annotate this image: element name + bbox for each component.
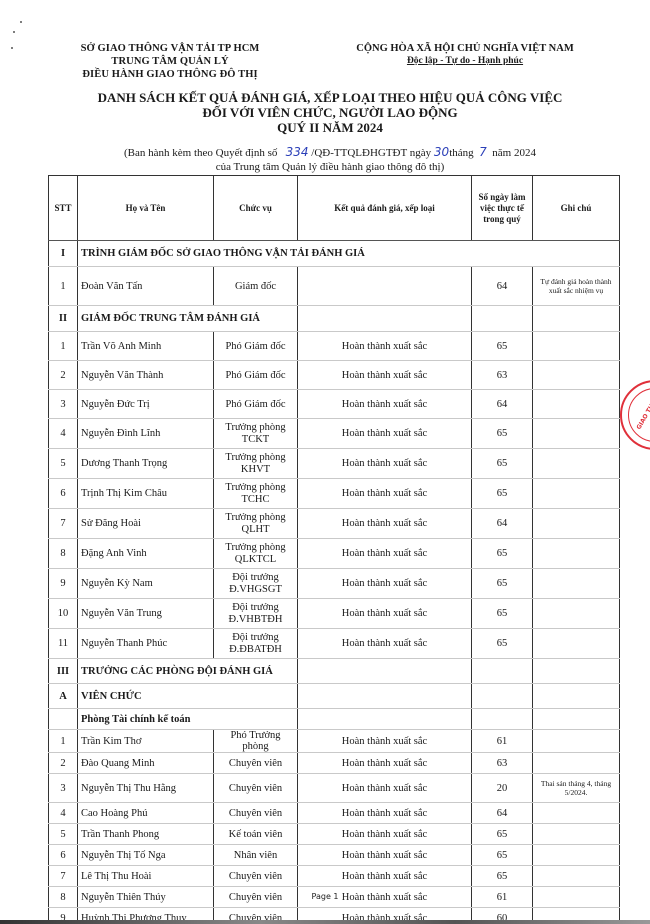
header-name: Họ và Tên [78,176,214,241]
row-name: Nguyễn Thị Tố Nga [78,845,214,866]
row-note [533,866,620,887]
row-stt: 6 [49,845,78,866]
row-name: Trần Thanh Phong [78,824,214,845]
row-result: Hoàn thành xuất sắc [298,332,472,361]
position-unit: TCHC [217,494,294,506]
header-days: Số ngày làm việc thực tế trong quý [472,176,533,241]
empty-cell [533,684,620,709]
row-note [533,361,620,390]
row-days: 64 [472,509,533,539]
row-position: Đội trưởngĐ.ĐBATĐH [214,629,298,659]
official-seal: GIAO THÔNG V [620,380,650,450]
row-stt: 1 [49,730,78,753]
row-stt: 8 [49,539,78,569]
position-unit: QLHT [217,524,294,536]
table-row: 10Nguyễn Văn TrungĐội trưởngĐ.VHBTĐHHoàn… [49,599,620,629]
row-stt: 7 [49,509,78,539]
table-row: 7Lê Thị Thu HoàiChuyên viênHoàn thành xu… [49,866,620,887]
row-name: Nguyễn Văn Trung [78,599,214,629]
row-days: 61 [472,730,533,753]
row-days: 65 [472,479,533,509]
row-result: Hoàn thành xuất sắc [298,419,472,449]
row-note [533,824,620,845]
row-note [533,730,620,753]
row-name: Dương Thanh Trọng [78,449,214,479]
empty-cell [298,659,472,684]
row-result [298,267,472,306]
position-title: Trưởng phòng [217,452,294,464]
header-stt: STT [49,176,78,241]
row-result: Hoàn thành xuất sắc [298,753,472,774]
table-header-row: STT Họ và Tên Chức vụ Kết quả đánh giá, … [49,176,620,241]
position-title: Đội trưởng [217,572,294,584]
subtitle-line-2: của Trung tâm Quản lý điều hành giao thô… [60,160,600,174]
row-days: 65 [472,419,533,449]
page-number: Page 1 [0,892,650,901]
row-stt: 2 [49,753,78,774]
year-label: năm 2024 [492,147,536,159]
row-name: Nguyễn Kỳ Nam [78,569,214,599]
row-days: 63 [472,361,533,390]
row-days: 64 [472,390,533,419]
section-title: TRƯỞNG CÁC PHÒNG ĐỘI ĐÁNH GIÁ [78,659,298,684]
row-note [533,539,620,569]
position-unit: KHVT [217,464,294,476]
row-name: Trần Kim Thơ [78,730,214,753]
row-note [533,449,620,479]
table-row: 5Trần Thanh PhongKế toán viênHoàn thành … [49,824,620,845]
table-row: 1Trần Kim ThơPhó Trưởng phòngHoàn thành … [49,730,620,753]
table-row: 4Cao Hoàng PhúChuyên viênHoàn thành xuất… [49,803,620,824]
evaluation-table: STT Họ và Tên Chức vụ Kết quả đánh giá, … [48,175,620,924]
row-name: Đào Quang Minh [78,753,214,774]
row-note [533,479,620,509]
row-result: Hoàn thành xuất sắc [298,803,472,824]
section-id: II [49,306,78,332]
row-stt: 1 [49,267,78,306]
empty-cell [533,709,620,730]
empty-cell [298,684,472,709]
row-name: Cao Hoàng Phú [78,803,214,824]
row-position: Chuyên viên [214,803,298,824]
row-position: Chuyên viên [214,774,298,803]
section-id: I [49,241,78,267]
row-result: Hoàn thành xuất sắc [298,730,472,753]
row-stt: 1 [49,332,78,361]
table-row: 1Trần Võ Anh MinhPhó Giám đốcHoàn thành … [49,332,620,361]
position-title: Trưởng phòng [217,422,294,434]
agency-line-2: TRUNG TÂM QUẢN LÝ [60,55,280,68]
empty-cell [533,659,620,684]
row-note [533,419,620,449]
row-days: 65 [472,629,533,659]
row-note [533,390,620,419]
row-days: 65 [472,824,533,845]
position-title: Đội trưởng [217,602,294,614]
row-days: 65 [472,599,533,629]
section-id: III [49,659,78,684]
row-position: Trưởng phòngQLKTCL [214,539,298,569]
header-result: Kết quả đánh giá, xếp loại [298,176,472,241]
section-title: TRÌNH GIÁM ĐỐC SỞ GIAO THÔNG VẬN TẢI ĐÁN… [78,241,620,267]
header-position: Chức vụ [214,176,298,241]
row-stt: 3 [49,390,78,419]
row-note [533,599,620,629]
row-note [533,629,620,659]
row-stt: 9 [49,569,78,599]
row-name: Đoàn Văn Tấn [78,267,214,306]
section-id: A [49,684,78,709]
table-row: 6Nguyễn Thị Tố NgaNhân viênHoàn thành xu… [49,845,620,866]
document-title: DANH SÁCH KẾT QUẢ ĐÁNH GIÁ, XẾP LOẠI THE… [60,90,600,135]
position-title: Trưởng phòng [217,542,294,554]
table-row: 7Sử Đăng HoàiTrưởng phòngQLHTHoàn thành … [49,509,620,539]
row-note [533,845,620,866]
row-result: Hoàn thành xuất sắc [298,509,472,539]
row-result: Hoàn thành xuất sắc [298,774,472,803]
row-note [533,509,620,539]
title-line-3: QUÝ II NĂM 2024 [60,120,600,135]
row-note [533,753,620,774]
header-note: Ghi chú [533,176,620,241]
row-note [533,803,620,824]
section-title: VIÊN CHỨC [78,684,298,709]
row-position: Phó Giám đốc [214,332,298,361]
decision-month: 7 [479,145,487,159]
scan-speck [20,21,22,23]
row-days: 20 [472,774,533,803]
row-result: Hoàn thành xuất sắc [298,599,472,629]
row-stt: 4 [49,419,78,449]
row-result: Hoàn thành xuất sắc [298,479,472,509]
row-stt: 2 [49,361,78,390]
row-name: Nguyễn Đức Trị [78,390,214,419]
empty-cell [298,709,472,730]
section-row: IIGIÁM ĐỐC TRUNG TÂM ĐÁNH GIÁ [49,306,620,332]
row-position: Đội trưởngĐ.VHBTĐH [214,599,298,629]
table-row: 4Nguyễn Đình LĩnhTrưởng phòngTCKTHoàn th… [49,419,620,449]
empty-cell [472,684,533,709]
national-header: CỘNG HÒA XÃ HỘI CHỦ NGHĨA VIỆT NAM Độc l… [340,42,590,68]
row-result: Hoàn thành xuất sắc [298,361,472,390]
row-note [533,332,620,361]
row-position: Nhân viên [214,845,298,866]
position-unit: Đ.VHGSGT [217,584,294,596]
row-position: Chuyên viên [214,866,298,887]
row-note: Tự đánh giá hoàn thành xuất sắc nhiệm vụ [533,267,620,306]
table-row: 3Nguyễn Thị Thu HằngChuyên viênHoàn thàn… [49,774,620,803]
row-name: Đặng Anh Vinh [78,539,214,569]
row-position: Kế toán viên [214,824,298,845]
row-result: Hoàn thành xuất sắc [298,569,472,599]
row-stt: 6 [49,479,78,509]
scan-speck [11,47,13,49]
subtitle-prefix: (Ban hành kèm theo Quyết định số [124,147,277,159]
row-name: Nguyễn Thanh Phúc [78,629,214,659]
position-unit: Đ.VHBTĐH [217,614,294,626]
row-result: Hoàn thành xuất sắc [298,866,472,887]
table-row: 2Đào Quang MinhChuyên viênHoàn thành xuấ… [49,753,620,774]
empty-cell [472,306,533,332]
empty-cell [472,659,533,684]
row-days: 65 [472,539,533,569]
row-position: Trưởng phòngQLHT [214,509,298,539]
row-days: 63 [472,753,533,774]
agency-line-3: ĐIỀU HÀNH GIAO THÔNG ĐÔ THỊ [60,68,280,81]
row-position: Phó Giám đốc [214,361,298,390]
row-note: Thai sản tháng 4, tháng 5/2024. [533,774,620,803]
row-result: Hoàn thành xuất sắc [298,824,472,845]
row-days: 65 [472,845,533,866]
row-days: 65 [472,332,533,361]
row-position: Trưởng phòngKHVT [214,449,298,479]
row-position: Giám đốc [214,267,298,306]
row-stt: 5 [49,449,78,479]
row-result: Hoàn thành xuất sắc [298,390,472,419]
position-unit: QLKTCL [217,554,294,566]
row-result: Hoàn thành xuất sắc [298,449,472,479]
section-id [49,709,78,730]
row-stt: 3 [49,774,78,803]
row-position: Chuyên viên [214,753,298,774]
section-title: Phòng Tài chính kế toán [78,709,298,730]
empty-cell [533,306,620,332]
row-name: Sử Đăng Hoài [78,509,214,539]
row-stt: 11 [49,629,78,659]
row-name: Nguyễn Văn Thành [78,361,214,390]
national-motto: Độc lập - Tự do - Hạnh phúc [340,55,590,68]
table-row: 5Dương Thanh TrọngTrưởng phòngKHVTHoàn t… [49,449,620,479]
row-stt: 5 [49,824,78,845]
table-row: 8Đặng Anh VinhTrưởng phòngQLKTCLHoàn thà… [49,539,620,569]
position-title: Trưởng phòng [217,482,294,494]
table-row: 3Nguyễn Đức TrịPhó Giám đốcHoàn thành xu… [49,390,620,419]
issuing-agency-header: SỞ GIAO THÔNG VẬN TẢI TP HCM TRUNG TÂM Q… [60,42,280,81]
position-unit: Đ.ĐBATĐH [217,644,294,656]
row-name: Trịnh Thị Kim Châu [78,479,214,509]
row-position: Phó Giám đốc [214,390,298,419]
row-position: Trưởng phòngTCKT [214,419,298,449]
table-row: 1Đoàn Văn TấnGiám đốc64Tự đánh giá hoàn … [49,267,620,306]
section-row: IIITRƯỞNG CÁC PHÒNG ĐỘI ĐÁNH GIÁ [49,659,620,684]
scan-speck [13,31,15,33]
row-stt: 4 [49,803,78,824]
decision-day: 30 [434,145,449,159]
row-name: Nguyễn Thị Thu Hằng [78,774,214,803]
scan-bottom-edge [0,920,650,924]
row-name: Trần Võ Anh Minh [78,332,214,361]
row-days: 65 [472,449,533,479]
decision-code: /QĐ-TTQLĐHGTĐT ngày [311,147,431,159]
row-name: Nguyễn Đình Lĩnh [78,419,214,449]
row-stt: 10 [49,599,78,629]
section-title: GIÁM ĐỐC TRUNG TÂM ĐÁNH GIÁ [78,306,298,332]
row-days: 65 [472,569,533,599]
table-row: 6Trịnh Thị Kim ChâuTrưởng phòngTCHCHoàn … [49,479,620,509]
row-days: 65 [472,866,533,887]
row-days: 64 [472,267,533,306]
table-row: 9Nguyễn Kỳ NamĐội trưởngĐ.VHGSGTHoàn thà… [49,569,620,599]
row-result: Hoàn thành xuất sắc [298,845,472,866]
row-position: Đội trưởngĐ.VHGSGT [214,569,298,599]
position-title: Đội trưởng [217,632,294,644]
position-unit: TCKT [217,434,294,446]
row-note [533,569,620,599]
section-row: AVIÊN CHỨC [49,684,620,709]
table-row: 11Nguyễn Thanh PhúcĐội trưởngĐ.ĐBATĐHHoà… [49,629,620,659]
row-position: Phó Trưởng phòng [214,730,298,753]
document-subtitle: (Ban hành kèm theo Quyết định số 334 /QĐ… [60,145,600,174]
table-row: 2Nguyễn Văn ThànhPhó Giám đốcHoàn thành … [49,361,620,390]
title-line-1: DANH SÁCH KẾT QUẢ ĐÁNH GIÁ, XẾP LOẠI THE… [60,90,600,105]
row-days: 64 [472,803,533,824]
empty-cell [298,306,472,332]
section-row: ITRÌNH GIÁM ĐỐC SỞ GIAO THÔNG VẬN TẢI ĐÁ… [49,241,620,267]
row-result: Hoàn thành xuất sắc [298,539,472,569]
row-name: Lê Thị Thu Hoài [78,866,214,887]
decision-number: 334 [286,145,309,159]
row-stt: 7 [49,866,78,887]
empty-cell [472,709,533,730]
row-result: Hoàn thành xuất sắc [298,629,472,659]
title-line-2: ĐỐI VỚI VIÊN CHỨC, NGƯỜI LAO ĐỘNG [60,105,600,120]
row-position: Trưởng phòngTCHC [214,479,298,509]
national-title: CỘNG HÒA XÃ HỘI CHỦ NGHĨA VIỆT NAM [340,42,590,55]
position-title: Trưởng phòng [217,512,294,524]
agency-line-1: SỞ GIAO THÔNG VẬN TẢI TP HCM [60,42,280,55]
month-label: tháng [449,147,473,159]
seal-text: GIAO THÔNG V [635,384,650,431]
section-row: Phòng Tài chính kế toán [49,709,620,730]
